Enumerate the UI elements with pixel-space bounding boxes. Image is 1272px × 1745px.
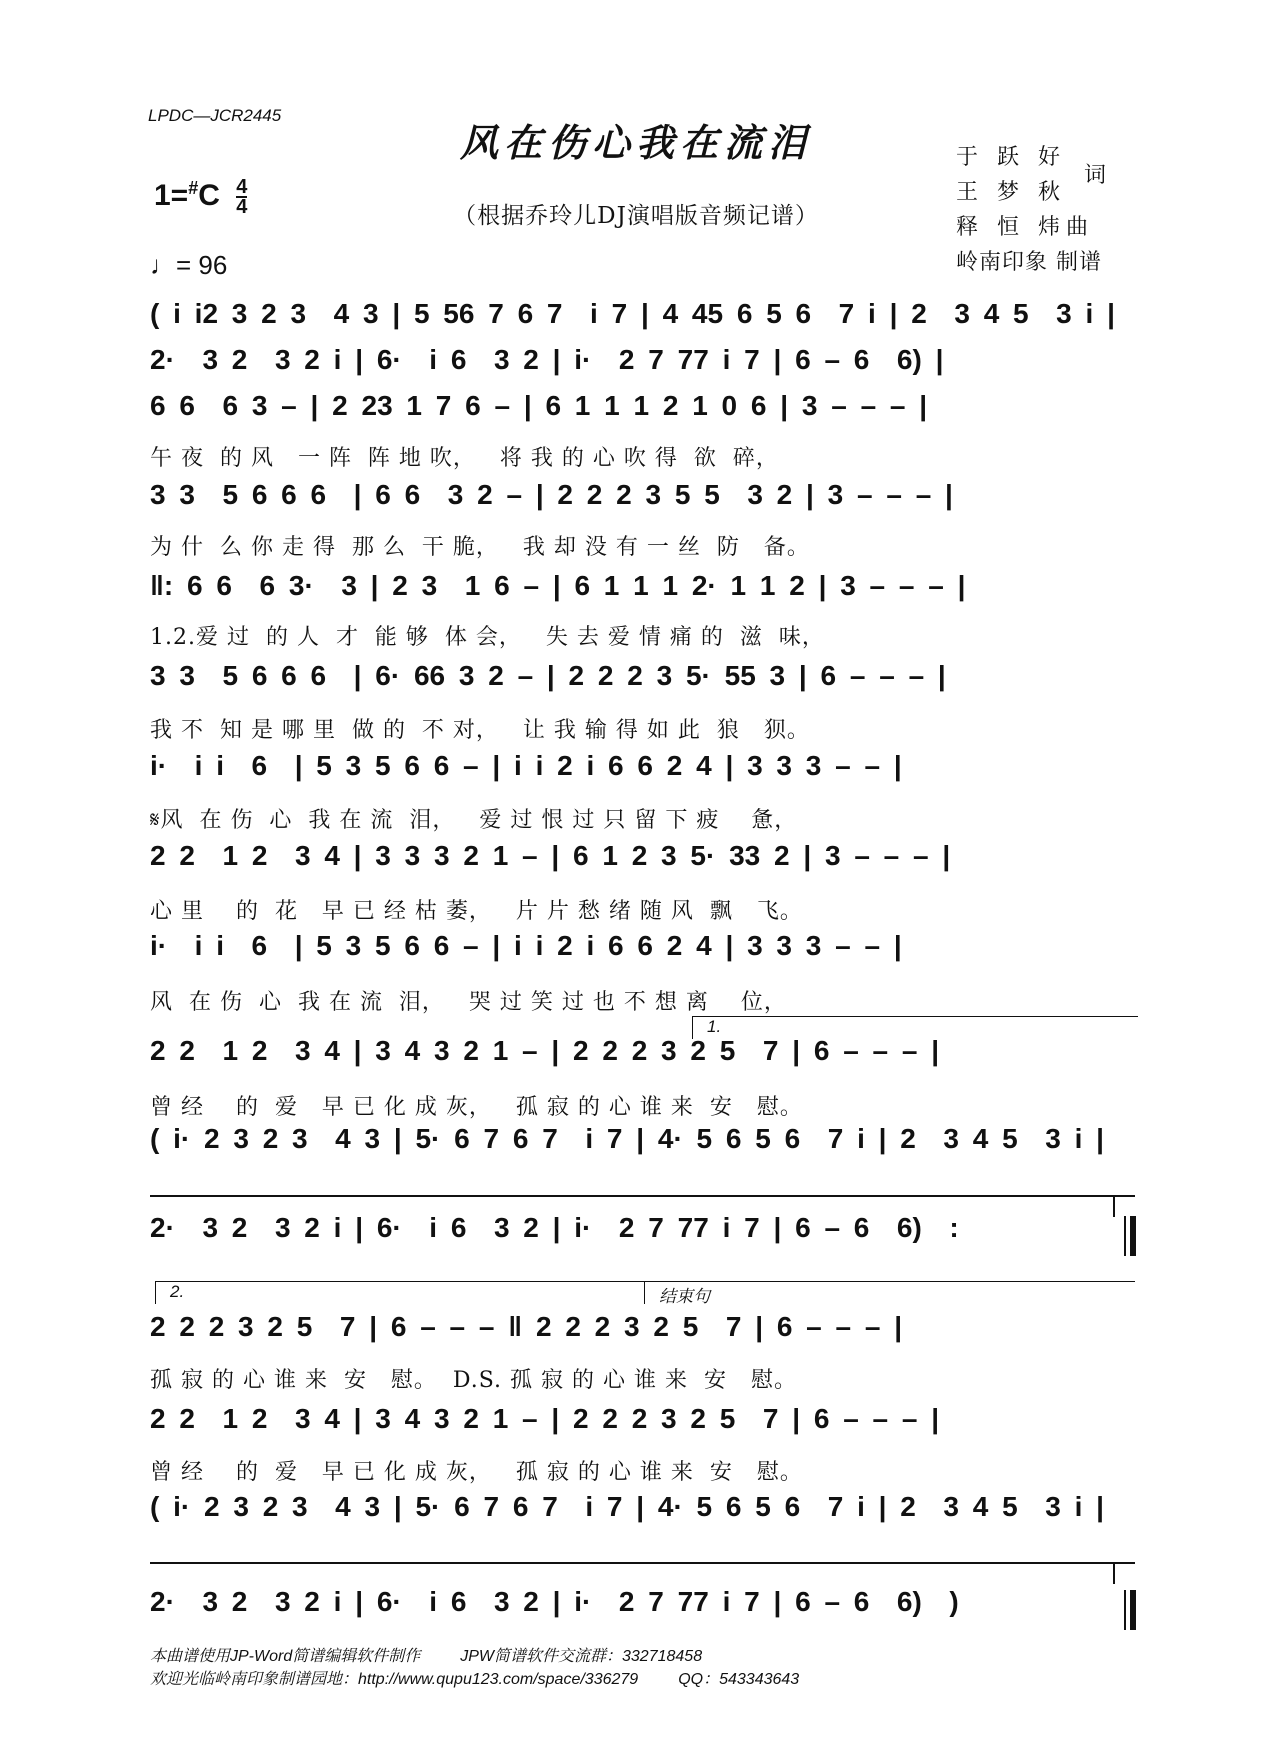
note-sequence: 2 2 1 2 3 4 | 3 3 3 2 1 – | 6 1 2 3 5· 3… [150,840,950,872]
notation-line: ( i· 2 3 2 3 4 3 | 5· 6 7 6 7 i 7 | 4· 5… [150,1491,1135,1537]
notation-line: 2· 3 2 3 2 i | 6· i 6 3 2 | i· 2 7 77 i … [150,344,1135,390]
note-sequence: i· i i 6 | 5 3 5 6 6 – | i i 2 i 6 6 2 4… [150,750,902,782]
note-sequence: 3 3 5 6 6 6 | 6 6 3 2 – | 2 2 2 3 5 5 3 … [150,479,953,511]
system-rule [150,1195,1135,1197]
volta-end-tick-2 [1113,1562,1115,1584]
note-sequence: ( i· 2 3 2 3 4 3 | 5· 6 7 6 7 i 7 | 4· 5… [150,1123,1104,1155]
notation-line: 2· 3 2 3 2 i | 6· i 6 3 2 | i· 2 7 77 i … [150,1586,1135,1632]
lyric-line: 曾 经 的 爱 早 已 化 成 灰， 孤 寂 的 心 谁 来 安 慰。 [150,1455,803,1486]
quarter-note-icon: ♩ [150,250,176,280]
footer-qq: QQ：543343643 [678,1668,799,1691]
note-sequence: 2 2 1 2 3 4 | 3 4 3 2 1 – | 2 2 2 3 2 5 … [150,1035,939,1067]
notation-line: 2 2 1 2 3 4 | 3 4 3 2 1 – | 2 2 2 3 2 5 … [150,1403,1135,1449]
tempo-marking: ♩= 96 [150,250,227,281]
footer-group: JPW简谱软件交流群：332718458 [460,1645,702,1668]
note-sequence: 2 2 1 2 3 4 | 3 4 3 2 1 – | 2 2 2 3 2 5 … [150,1403,939,1435]
volta-bracket-1: 1. [692,1016,1138,1039]
note-sequence: i· i i 6 | 5 3 5 6 6 – | i i 2 i 6 6 2 4… [150,930,902,962]
note-sequence: 2 2 2 3 2 5 7 | 6 – – – ‖ 2 2 2 3 2 5 7 … [150,1311,902,1343]
notation-line: ( i· 2 3 2 3 4 3 | 5· 6 7 6 7 i 7 | 4· 5… [150,1123,1135,1169]
lyricist-role: 词 [1084,158,1112,193]
notation-line: 2 2 1 2 3 4 | 3 3 3 2 1 – | 6 1 2 3 5· 3… [150,840,1135,886]
sharp-icon: # [188,178,198,198]
note-sequence: ‖: 6 6 6 3· 3 | 2 3 1 6 – | 6 1 1 1 2· 1… [150,570,965,602]
lyricist-1: 于 跃 好 [956,140,1102,175]
composer: 释 恒 炜曲 [956,210,1102,245]
lyric-line: 风 在 伤 心 我 在 流 泪， 哭 过 笑 过 也 不 想 离 位， [150,985,787,1016]
lyric-line: 孤 寂 的 心 谁 来 安 慰。 D.S. 孤 寂 的 心 谁 来 安 慰。 [150,1363,797,1394]
arranger: 岭南印象 制谱 [956,245,1102,280]
notation-line: i· i i 6 | 5 3 5 6 6 – | i i 2 i 6 6 2 4… [150,930,1135,976]
notation-line: i· i i 6 | 5 3 5 6 6 – | i i 2 i 6 6 2 4… [150,750,1135,796]
lyric-line: 心 里 的 花 早 已 经 枯 萎， 片 片 愁 绪 随 风 飘 飞。 [150,894,803,925]
time-signature: 4 4 [236,178,247,216]
repeat-end-barline [1124,1216,1135,1256]
arranger-role: 制谱 [1056,250,1102,275]
note-sequence: 6 6 6 3 – | 2 23 1 7 6 – | 6 1 1 1 2 1 0… [150,390,927,422]
notation-line: 2 2 2 3 2 5 7 | 6 – – – ‖ 2 2 2 3 2 5 7 … [150,1311,1135,1357]
notation-line: 6 6 6 3 – | 2 23 1 7 6 – | 6 1 1 1 2 1 0… [150,390,1135,436]
key-note: C [198,179,220,212]
notation-line: 3 3 5 6 6 6 | 6· 66 3 2 – | 2 2 2 3 5· 5… [150,660,1135,706]
lyric-line: 曾 经 的 爱 早 已 化 成 灰， 孤 寂 的 心 谁 来 安 慰。 [150,1090,803,1121]
note-sequence: ( i· 2 3 2 3 4 3 | 5· 6 7 6 7 i 7 | 4· 5… [150,1491,1104,1523]
footer: 本曲谱使用JP-Word简谱编辑软件制作JPW简谱软件交流群：332718458… [150,1645,799,1691]
lyric-line: 为 什 么 你 走 得 那 么 干 脆， 我 却 没 有 一 丝 防 备。 [150,530,810,561]
lyric-line: 𝄋风 在 伤 心 我 在 流 泪， 爱 过 恨 过 只 留 下 疲 惫， [150,803,797,834]
lyric-line: 我 不 知 是 哪 里 做 的 不 对， 让 我 输 得 如 此 狼 狈。 [150,713,810,744]
notation-line: 2 2 1 2 3 4 | 3 4 3 2 1 – | 2 2 2 3 2 5 … [150,1035,1135,1081]
note-sequence: 2· 3 2 3 2 i | 6· i 6 3 2 | i· 2 7 77 i … [150,344,943,376]
lyric-line: 1.2.爱 过 的 人 才 能 够 体 会， 失 去 爱 情 痛 的 滋 味， [150,620,825,651]
note-sequence: 3 3 5 6 6 6 | 6· 66 3 2 – | 2 2 2 3 5· 5… [150,660,946,692]
notation-line: 3 3 5 6 6 6 | 6 6 3 2 – | 2 2 2 3 5 5 3 … [150,479,1135,525]
volta-bracket-2: 2. [155,1281,644,1304]
tempo-value: = 96 [176,250,227,280]
key-signature: 1=#C 4 4 [154,178,247,216]
lyric-line: 午 夜 的 风 一 阵 阵 地 吹， 将 我 的 心 吹 得 欲 碎， [150,441,779,472]
note-sequence: 2· 3 2 3 2 i | 6· i 6 3 2 | i· 2 7 77 i … [150,1212,959,1244]
coda-bracket: 结束句 [644,1281,1135,1304]
notation-line: 2· 3 2 3 2 i | 6· i 6 3 2 | i· 2 7 77 i … [150,1212,1135,1258]
note-sequence: 2· 3 2 3 2 i | 6· i 6 3 2 | i· 2 7 77 i … [150,1586,959,1618]
notation-line: ( i i2 3 2 3 4 3 | 5 56 7 6 7 i 7 | 4 45… [150,298,1135,344]
system-rule-2 [150,1562,1135,1564]
final-barline [1124,1590,1135,1630]
volta-end-tick [1113,1195,1115,1217]
composer-role: 曲 [1066,215,1094,240]
key-prefix: 1= [154,179,188,212]
notation-line: ‖: 6 6 6 3· 3 | 2 3 1 6 – | 6 1 1 1 2· 1… [150,570,1135,616]
note-sequence: ( i i2 3 2 3 4 3 | 5 56 7 6 7 i 7 | 4 45… [150,298,1115,330]
footer-software: 本曲谱使用JP-Word简谱编辑软件制作 [150,1645,420,1668]
lyricist-2: 王 梦 秋 [956,175,1102,210]
footer-website: 欢迎光临岭南印象制谱园地：http://www.qupu123.com/spac… [150,1668,638,1691]
credits: 于 跃 好 王 梦 秋 释 恒 炜曲 岭南印象 制谱 词 [956,140,1102,280]
